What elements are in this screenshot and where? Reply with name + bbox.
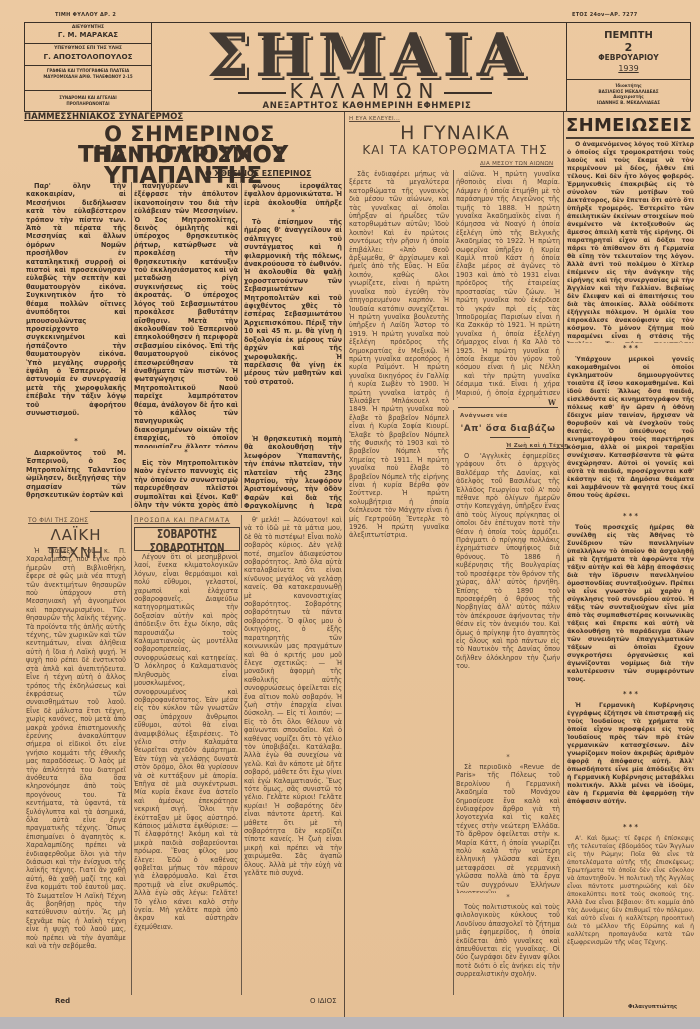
lead-col-3b: Τὸ ἐπίσημον τῆς ἡμέρας θ' ἀναγγείλουν αἱ… [244, 218, 342, 433]
lead-col-1-star-sep: * [26, 437, 126, 447]
month: ΦΕΒΡΟΥΑΡΙΟΥ [567, 53, 690, 63]
seriousness-kicker: ΠΡΟΣΩΠΑ ΚΑΙ ΠΡΑΓΜΑΤΑ [134, 517, 230, 524]
reading-col-1c: Τοὺς πολιτιστικοὺς καὶ τοὺς φιλολογικοὺς… [456, 903, 560, 995]
notes-paragraph-2: Ὑπάρχουν μερικοὶ γονεῖς κακομαθημένοι οἱ… [567, 356, 694, 511]
lead-headline-line-2: ΤΗΣ ΠΟΛΙΟΥΧΟΥ ΥΠΑΠΑΝΤΗΣ [24, 145, 342, 187]
responsible-block: ΥΠΕΥΘΥΝΟΣ ΕΠΙ ΤΗΣ ΥΛΗΣ Γ. ΑΠΟΣΤΟΛΟΠΟΥΛΟΣ [25, 44, 151, 66]
lead-col-1-star [26, 430, 38, 436]
director-block: ΔΙΕΥΘΥΝΤΗΣ Γ. Μ. ΜΑΡΑΚΑΣ [25, 23, 151, 44]
date-block: ΠΕΜΠΤΗ 2 ΦΕΒΡΟΥΑΡΙΟΥ 1939 [567, 23, 690, 80]
day: 2 [567, 42, 690, 53]
reading-kicker: Ανάγνωσε νέα [460, 413, 508, 419]
reading-sep: * [456, 753, 560, 763]
year: 1939 [567, 63, 690, 74]
lead-col-2: πανηγύρεων καὶ ἐξέφρασε τὴν ἀπόλυτον ἱκα… [134, 182, 238, 448]
ownership-block: Ἰδιοκτήτης ΒΑΣΙΛΕΙΟΣ ΜΕΚΑΛΛΙΔΕΑΣ Διαχειρ… [567, 80, 690, 105]
women-title-line-2: ΚΑΙ ΤΑ ΚΑΤΟΡΘΩΜΑΤΑ ΤΗΣ [350, 143, 560, 157]
column-divider [453, 410, 454, 995]
women-col-1: Σᾶς ἐνδιαφέρει μήπως νὰ ξέρετε τὰ μεγαλύ… [349, 170, 449, 995]
notes-sep: * * * [567, 690, 694, 700]
scan-border [0, 1017, 700, 1029]
folk-art-signature: Red [55, 997, 70, 1005]
director-label: ΔΙΕΥΘΥΝΤΗΣ [25, 24, 151, 31]
year-issue-label: ΕΤΟΣ 24ον—ΑΡ. 7277 [572, 12, 638, 18]
women-col-2-end: καὶ τὴν πρώτη γυναῖκα δέσμιμα τικά. Εἶνα… [456, 372, 560, 398]
lead-col-2b: Εἰς τὸν Μητροπολιτικὸν Ναὸν ἐγένετο πανν… [134, 459, 238, 509]
page-divider [344, 112, 345, 1017]
newspaper-title: ΣΗΜΑΙΑ [193, 25, 543, 87]
weekday: ΠΕΜΠΤΗ [567, 23, 690, 42]
column-divider [131, 182, 132, 508]
notes-sep: * * * [567, 344, 694, 354]
lead-col-3: φώνους ἱεροψάλτας ἔψαλλον ἁρμονικώτατα. … [244, 182, 342, 208]
women-signature: W [548, 398, 556, 407]
notes-paragraph-4: Ἡ Γερμανικὴ Κυβέρνησις ἐγγράφως ἐζήτησε … [567, 702, 694, 822]
lead-col-3-star-sep: * [244, 208, 342, 218]
price-label: ΤΙΜΗ ΦΥΛΛΟΥ ΔΡ. 2 [55, 12, 116, 18]
lead-category: ΠΑΜΜΕΣΣΗΝΙΑΚΟΣ ΣΥΝΑΓΕΡΜΟΣ [24, 112, 183, 122]
notes-sep: * * * [567, 823, 694, 833]
newspaper-page: ΤΙΜΗ ΦΥΛΛΟΥ ΔΡ. 2 ΕΤΟΣ 24ον—ΑΡ. 7277 ΔΙΕ… [0, 0, 700, 1029]
women-col-2: αἰῶνα. Ἡ πρώτη γυναῖκα ἠθοποιὸς εἶναι ἡ … [456, 170, 560, 370]
notes-paragraph-1: Ο ἀναμενόμενος λόγος τοῦ Χίτλερ ὁ ὁποῖος… [567, 141, 694, 343]
reading-title: 'Απ' ὅσα διαβάζω [456, 424, 560, 434]
newspaper-subtitle: ΚΑΛΑΜΩΝ [215, 81, 515, 101]
reading-col-1b: Σὲ περιοδικὸ «Revue de Paris» τῆς Πόλεως… [456, 763, 560, 893]
notes-sep: * * * [567, 512, 694, 522]
folk-art-kicker: ΤΟ ΦΙΛΙ ΤΗΣ ΖΩΗΣ [28, 517, 88, 524]
notes-paragraph-3: Τοὺς προσεχεῖς ἡμέρας θὰ συνέλθῃ εἰς τὰς… [567, 524, 694, 689]
column-divider [453, 170, 454, 400]
lead-subhead: Ο ΧΘΕΣΙΝΟΣ ΕΣΠΕΡΙΝΟΣ [205, 169, 311, 178]
date-box: ΠΕΜΠΤΗ 2 ΦΕΒΡΟΥΑΡΙΟΥ 1939 Ἰδιοκτήτης ΒΑΣ… [566, 23, 690, 111]
notes-title: ΣΗΜΕΙΩΣΕΙΣ [566, 115, 692, 136]
section-divider [90, 511, 260, 512]
notes-title-rule [566, 137, 694, 139]
reading-col-1: Ο 'Αγγλικὲς ἐφημερίδες γράφουν ὅτι ὁ ἀρχ… [456, 452, 560, 752]
folk-art-body: Ἡ διάλεξη τοῦ κ. Π. Χαραλαμπίδη, ποὺ ἔγι… [26, 547, 126, 992]
masthead: ΔΙΕΥΘΥΝΤΗΣ Γ. Μ. ΜΑΡΑΚΑΣ ΥΠΕΥΘΥΝΟΣ ΕΠΙ Τ… [24, 22, 691, 112]
seriousness-body: Λέγουν ὅτι οἱ μεσημβρινοὶ λαοί, ἕνεκα κλ… [134, 553, 238, 983]
subscriptions-info: ΣΥΝΔΡΟΜΑΙ ΚΑΙ ΑΓΓΕΛΙΑΙ ΠΡΟΠΛΗΡΩΝΟΝΤΑΙ [25, 91, 151, 113]
lead-col-1b: Διαρκοῦντος τοῦ Μ. Ἑσπερινοῦ, ὁ Σος Μητρ… [26, 449, 126, 509]
offices-info: ΓΡΑΦΕΙΑ ΚΑΙ ΤΥΠΟΓΡΑΦΕΙΑ ΠΛΑΤΕΙΑ ΜΑΥΡΟΜΙΧ… [25, 66, 151, 91]
women-byline: ΔΙΑ ΜΕΣΟΥ ΤΩΝ ΑΙΩΝΩΝ [480, 161, 553, 167]
director-name: Γ. Μ. ΜΑΡΑΚΑΣ [25, 31, 151, 40]
column-divider [241, 515, 242, 995]
seriousness-signature: Ο ΙΔΙΟΣ [310, 997, 337, 1005]
responsible-name: Γ. ΑΠΟΣΤΟΛΟΠΟΥΛΟΣ [25, 52, 151, 61]
column-divider [241, 182, 242, 508]
seriousness-title-box: ΣΟΒΑΡΟΤΗΣ ΣΟΒΑΡΟΤΗΤΩΝ [134, 527, 240, 551]
women-title-line-1: Η ΓΥΝΑΙΚΑ [350, 122, 560, 144]
reading-source: Ἡ Ζωὴ καὶ ἡ Τέχνη [506, 443, 568, 449]
notes-paragraph-5: Α'. Καὶ ὅμως: τί ἔφερε ἡ ἐπίσκεψις τῆς τ… [567, 835, 694, 995]
lead-col-3c: Ἡ θρησκευτικὴ πομπὴ θὰ ἀκολουθήσῃ τὴν λε… [244, 435, 342, 509]
seriousness-title: ΣΟΒΑΡΟΤΗΣ ΣΟΒΑΡΟΤΗΤΩΝ [135, 528, 239, 556]
wavy-divider [458, 407, 558, 410]
responsible-label: ΥΠΕΥΘΥΝΟΣ ΕΠΙ ΤΗΣ ΥΛΗΣ [25, 45, 151, 52]
reading-title-rule [490, 437, 530, 438]
seriousness-body-continued: θ' μελά! — Ἀδύνατον! καὶ νὰ τὸ ἰδῶ μὲ τὰ… [244, 516, 342, 996]
lead-col-1: Παρ' ὅλην τὴν κακοκαιρίαν, αἱ Μεσσήνιοι … [26, 182, 126, 427]
column-divider [131, 515, 132, 995]
staff-box: ΔΙΕΥΘΥΝΤΗΣ Γ. Μ. ΜΑΡΑΚΑΣ ΥΠΕΥΘΥΝΟΣ ΕΠΙ Τ… [25, 23, 152, 111]
notes-signature: Φιλαιγυπτιώτης [628, 1004, 677, 1010]
lead-col-2-star-sep: * [134, 448, 238, 458]
reading-sep: * [456, 893, 560, 903]
page-divider [563, 112, 564, 1017]
newspaper-tagline: ΑΝΕΞΑΡΤΗΤΟΣ ΚΑΘΗΜΕΡΙΝΗ ΕΦΗΜΕΡΙΣ [193, 101, 541, 111]
manager-name: ΙΩΑΝΝΗΣ Β. ΜΕΚΑΛΛΙΔΕΑΣ [567, 100, 690, 106]
